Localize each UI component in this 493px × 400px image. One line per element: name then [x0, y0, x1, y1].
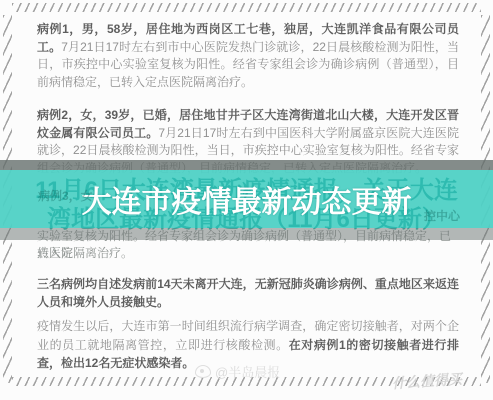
case3-ghost-fragment2: 控中心: [424, 207, 460, 224]
case1-body-text: 7月21日17时左右到市中心医院发热门诊就诊，22日晨核酸检测为阳性，当日，市疾…: [37, 40, 459, 89]
watermark-weibo-text: @半岛晨报: [215, 362, 280, 381]
banner-top-strip: [0, 160, 493, 170]
summary-text: 三名病例均自述发病前14天未离开大连，无新冠肺炎确诊病例、重点地区来返连人员和境…: [37, 277, 459, 309]
paragraph-summary: 三名病例均自述发病前14天未离开大连，无新冠肺炎确诊病例、重点地区来返连人员和境…: [37, 276, 459, 311]
weibo-eye-icon: [195, 365, 211, 378]
case3-tail-line2: 点医院隔离治疗。: [37, 244, 459, 261]
watermark-weibo: @半岛晨报: [195, 362, 280, 381]
banner-bottom-strip: [0, 228, 493, 240]
paragraph-case1: 病例1，男，58岁，居住地为西岗区工七巷，独居，大连凯洋食品有限公司员工。7月2…: [37, 21, 459, 91]
watermark-smzdm: 什么值得买: [391, 369, 462, 394]
article-image: 病例1，男，58岁，居住地为西岗区工七巷，独居，大连凯洋食品有限公司员工。7月2…: [0, 0, 493, 400]
case3-ghost-fragment1: 病例3，女: [38, 187, 93, 204]
frame-hatch-top: [12, 3, 481, 12]
